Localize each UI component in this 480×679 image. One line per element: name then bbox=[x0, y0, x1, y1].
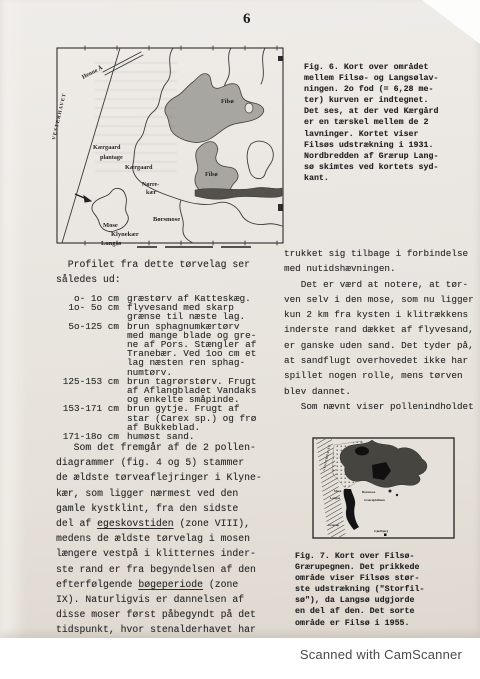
layer-description: brun sphagnumkærtørv med mange blade og … bbox=[127, 322, 277, 377]
map-dark-mark-1 bbox=[278, 56, 283, 61]
fig6-caption: Fig. 6. Kort over området mellem Filsø- … bbox=[304, 62, 456, 184]
depth-range: 5o-125 cm bbox=[57, 322, 119, 331]
paragraph-text: Som det fremgår af de 2 pollen- diagramm… bbox=[56, 442, 262, 529]
mose-label: Mose bbox=[334, 489, 342, 493]
graerupklinten-label: Grærupklinten bbox=[364, 498, 385, 502]
profile-row: 1o- 5o cm flyvesand med skarp grænse til… bbox=[57, 303, 287, 321]
filsoe-north-label: Filsø bbox=[221, 98, 234, 105]
depth-range: 1o- 5o cm bbox=[57, 303, 119, 312]
profile-intro: Profilet fra dette tørvelag ser således … bbox=[56, 258, 286, 287]
sea-label: VESTERHAVET bbox=[52, 92, 68, 140]
map-dark-dot bbox=[389, 490, 392, 493]
klynekaer-label: Klynekær bbox=[111, 231, 139, 238]
map-dark-mark-2 bbox=[278, 204, 283, 211]
book-page: 6 VESTERHAVET Henne Å bbox=[0, 0, 480, 638]
page-number: 6 bbox=[243, 11, 251, 28]
map-dark-dot bbox=[396, 494, 398, 496]
profile-list: o- 1o cm græstørv af Katteskæg. 1o- 5o c… bbox=[57, 294, 287, 441]
profile-row: 5o-125 cm brun sphagnumkærtørv med mange… bbox=[57, 322, 287, 377]
boersmose-label: Børsmose bbox=[362, 490, 376, 494]
scanned-page-photo: 6 VESTERHAVET Henne Å bbox=[0, 0, 480, 679]
langsoe-label: Langsø bbox=[101, 240, 122, 247]
fig7-caption: Fig. 7. Kort over Filsø- Grærupegnen. De… bbox=[295, 551, 445, 629]
page-corner-fold bbox=[422, 0, 480, 44]
filsoe-south-label: Filsø bbox=[205, 171, 218, 178]
graerup-label: Grærup bbox=[328, 523, 339, 527]
lake-island bbox=[245, 103, 253, 113]
profile-row: 125-153 cm brun tagrørstørv. Frugt af Af… bbox=[57, 377, 287, 405]
langsoe-label: Langsø bbox=[330, 496, 340, 500]
depth-range: 153-171 cm bbox=[57, 404, 119, 413]
underlined-term: egeskovstiden bbox=[97, 518, 173, 529]
layer-description: flyvesand med skarp grænse til næste lag… bbox=[127, 303, 277, 321]
layer-description: brun tagrørstørv. Frugt af Aflangbladet … bbox=[127, 377, 277, 405]
depth-range: 125-153 cm bbox=[57, 377, 119, 386]
underlined-term: bøgeperiode bbox=[138, 579, 203, 590]
noerrekaer-label-1: Nørre- bbox=[142, 182, 159, 188]
filsoe-1955-black bbox=[355, 447, 369, 456]
noerrekaer-label-2: kær bbox=[146, 190, 157, 196]
layer-description: brun gytje. Frugt af star (Carex sp.) og… bbox=[127, 404, 277, 432]
right-column-body: trukket sig tilbage i forbindelse med nu… bbox=[284, 246, 480, 414]
gjoedbjerg-marker bbox=[384, 534, 387, 537]
site-arrow bbox=[75, 194, 91, 202]
lake-filsoe-south bbox=[195, 142, 238, 192]
pollen-paragraph: Som det fremgår af de 2 pollen- diagramm… bbox=[56, 440, 274, 638]
boersmose-label: Børsmose bbox=[153, 216, 180, 223]
fig7-map: VESTERHAVET Mose Langsø Børsmose Grærupk… bbox=[312, 437, 455, 539]
ink-bleed-through bbox=[95, 62, 177, 174]
camscanner-watermark: Scanned with CamScanner bbox=[300, 647, 462, 662]
gjoedbjerg-label: Gjødbjerg bbox=[374, 529, 389, 533]
mose-label: Mose bbox=[103, 222, 118, 229]
lake-channel bbox=[195, 187, 282, 199]
profile-row: 153-171 cm brun gytje. Frugt af star (Ca… bbox=[57, 404, 287, 432]
